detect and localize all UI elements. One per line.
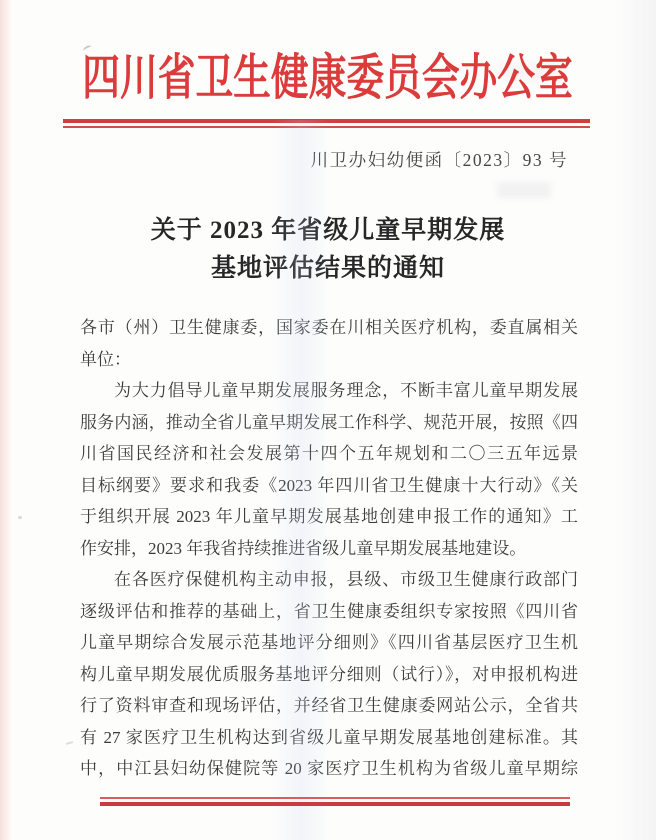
document-number: 川卫办妇幼便函〔2023〕93 号 xyxy=(0,148,656,172)
scan-mark-left-margin-2 xyxy=(66,741,73,745)
letterhead-divider-rule xyxy=(63,119,590,128)
scanned-document-page: 四川省卫生健康委员会办公室 川卫办妇幼便函〔2023〕93 号 关于 2023 … xyxy=(0,0,656,840)
paragraph1-line: 作安排，2023 年我省持续推进省级儿童早期发展基地建设。 xyxy=(80,533,578,565)
paragraph1-line: 于组织开展 2023 年儿童早期发展基地创建申报工作的通知》工 xyxy=(80,501,578,533)
paragraph1-line: 服务内涵，推动全省儿童早期发展工作科学、规范开展，按照《四 xyxy=(80,407,578,439)
paragraph1-line: 川省国民经济和社会发展第十四个五年规划和二〇三五年远景 xyxy=(80,438,578,470)
scan-mark-left-margin xyxy=(18,516,22,519)
letterhead-agency-name: 四川省卫生健康委员会办公室 xyxy=(83,52,574,104)
paragraph2-line: 行了资料审查和现场评估，并经省卫生健康委网站公示，全省共 xyxy=(80,690,578,722)
document-body: 各市（州）卫生健康委，国家委在川相关医疗机构，委直属相关 单位： 为大力倡导儿童… xyxy=(80,312,578,785)
paragraph2-line: 在各医疗保健机构主动申报，县级、市级卫生健康行政部门 xyxy=(80,564,578,596)
letterhead: 四川省卫生健康委员会办公室 xyxy=(0,0,656,104)
scan-bleedthrough-smudge xyxy=(497,182,551,198)
paragraph2-line: 有 27 家医疗卫生机构达到省级儿童早期发展基地创建标准。其 xyxy=(80,722,578,754)
page-bottom-divider-rule xyxy=(100,797,570,806)
document-title: 关于 2023 年省级儿童早期发展 基地评估结果的通知 xyxy=(0,212,656,288)
document-title-line-2: 基地评估结果的通知 xyxy=(0,250,656,288)
scan-edge-tint-left xyxy=(0,0,12,840)
salutation-line: 单位： xyxy=(80,344,578,376)
document-title-line-1: 关于 2023 年省级儿童早期发展 xyxy=(0,212,656,250)
paragraph2-line: 儿童早期综合发展示范基地评分细则》《四川省基层医疗卫生机 xyxy=(80,627,578,659)
paragraph1-line: 目标纲要》要求和我委《2023 年四川省卫生健康十大行动》《关 xyxy=(80,470,578,502)
scan-edge-tint-right xyxy=(614,0,656,840)
paragraph2-line: 中，中江县妇幼保健院等 20 家医疗卫生机构为省级儿童早期综 xyxy=(80,753,578,785)
salutation-line: 各市（州）卫生健康委，国家委在川相关医疗机构，委直属相关 xyxy=(80,312,578,344)
paragraph2-line: 构儿童早期发展优质服务基地评分细则（试行）》，对申报机构进 xyxy=(80,659,578,691)
paragraph1-line: 为大力倡导儿童早期发展服务理念，不断丰富儿童早期发展 xyxy=(80,375,578,407)
paragraph2-line: 逐级评估和推荐的基础上，省卫生健康委组织专家按照《四川省 xyxy=(80,596,578,628)
